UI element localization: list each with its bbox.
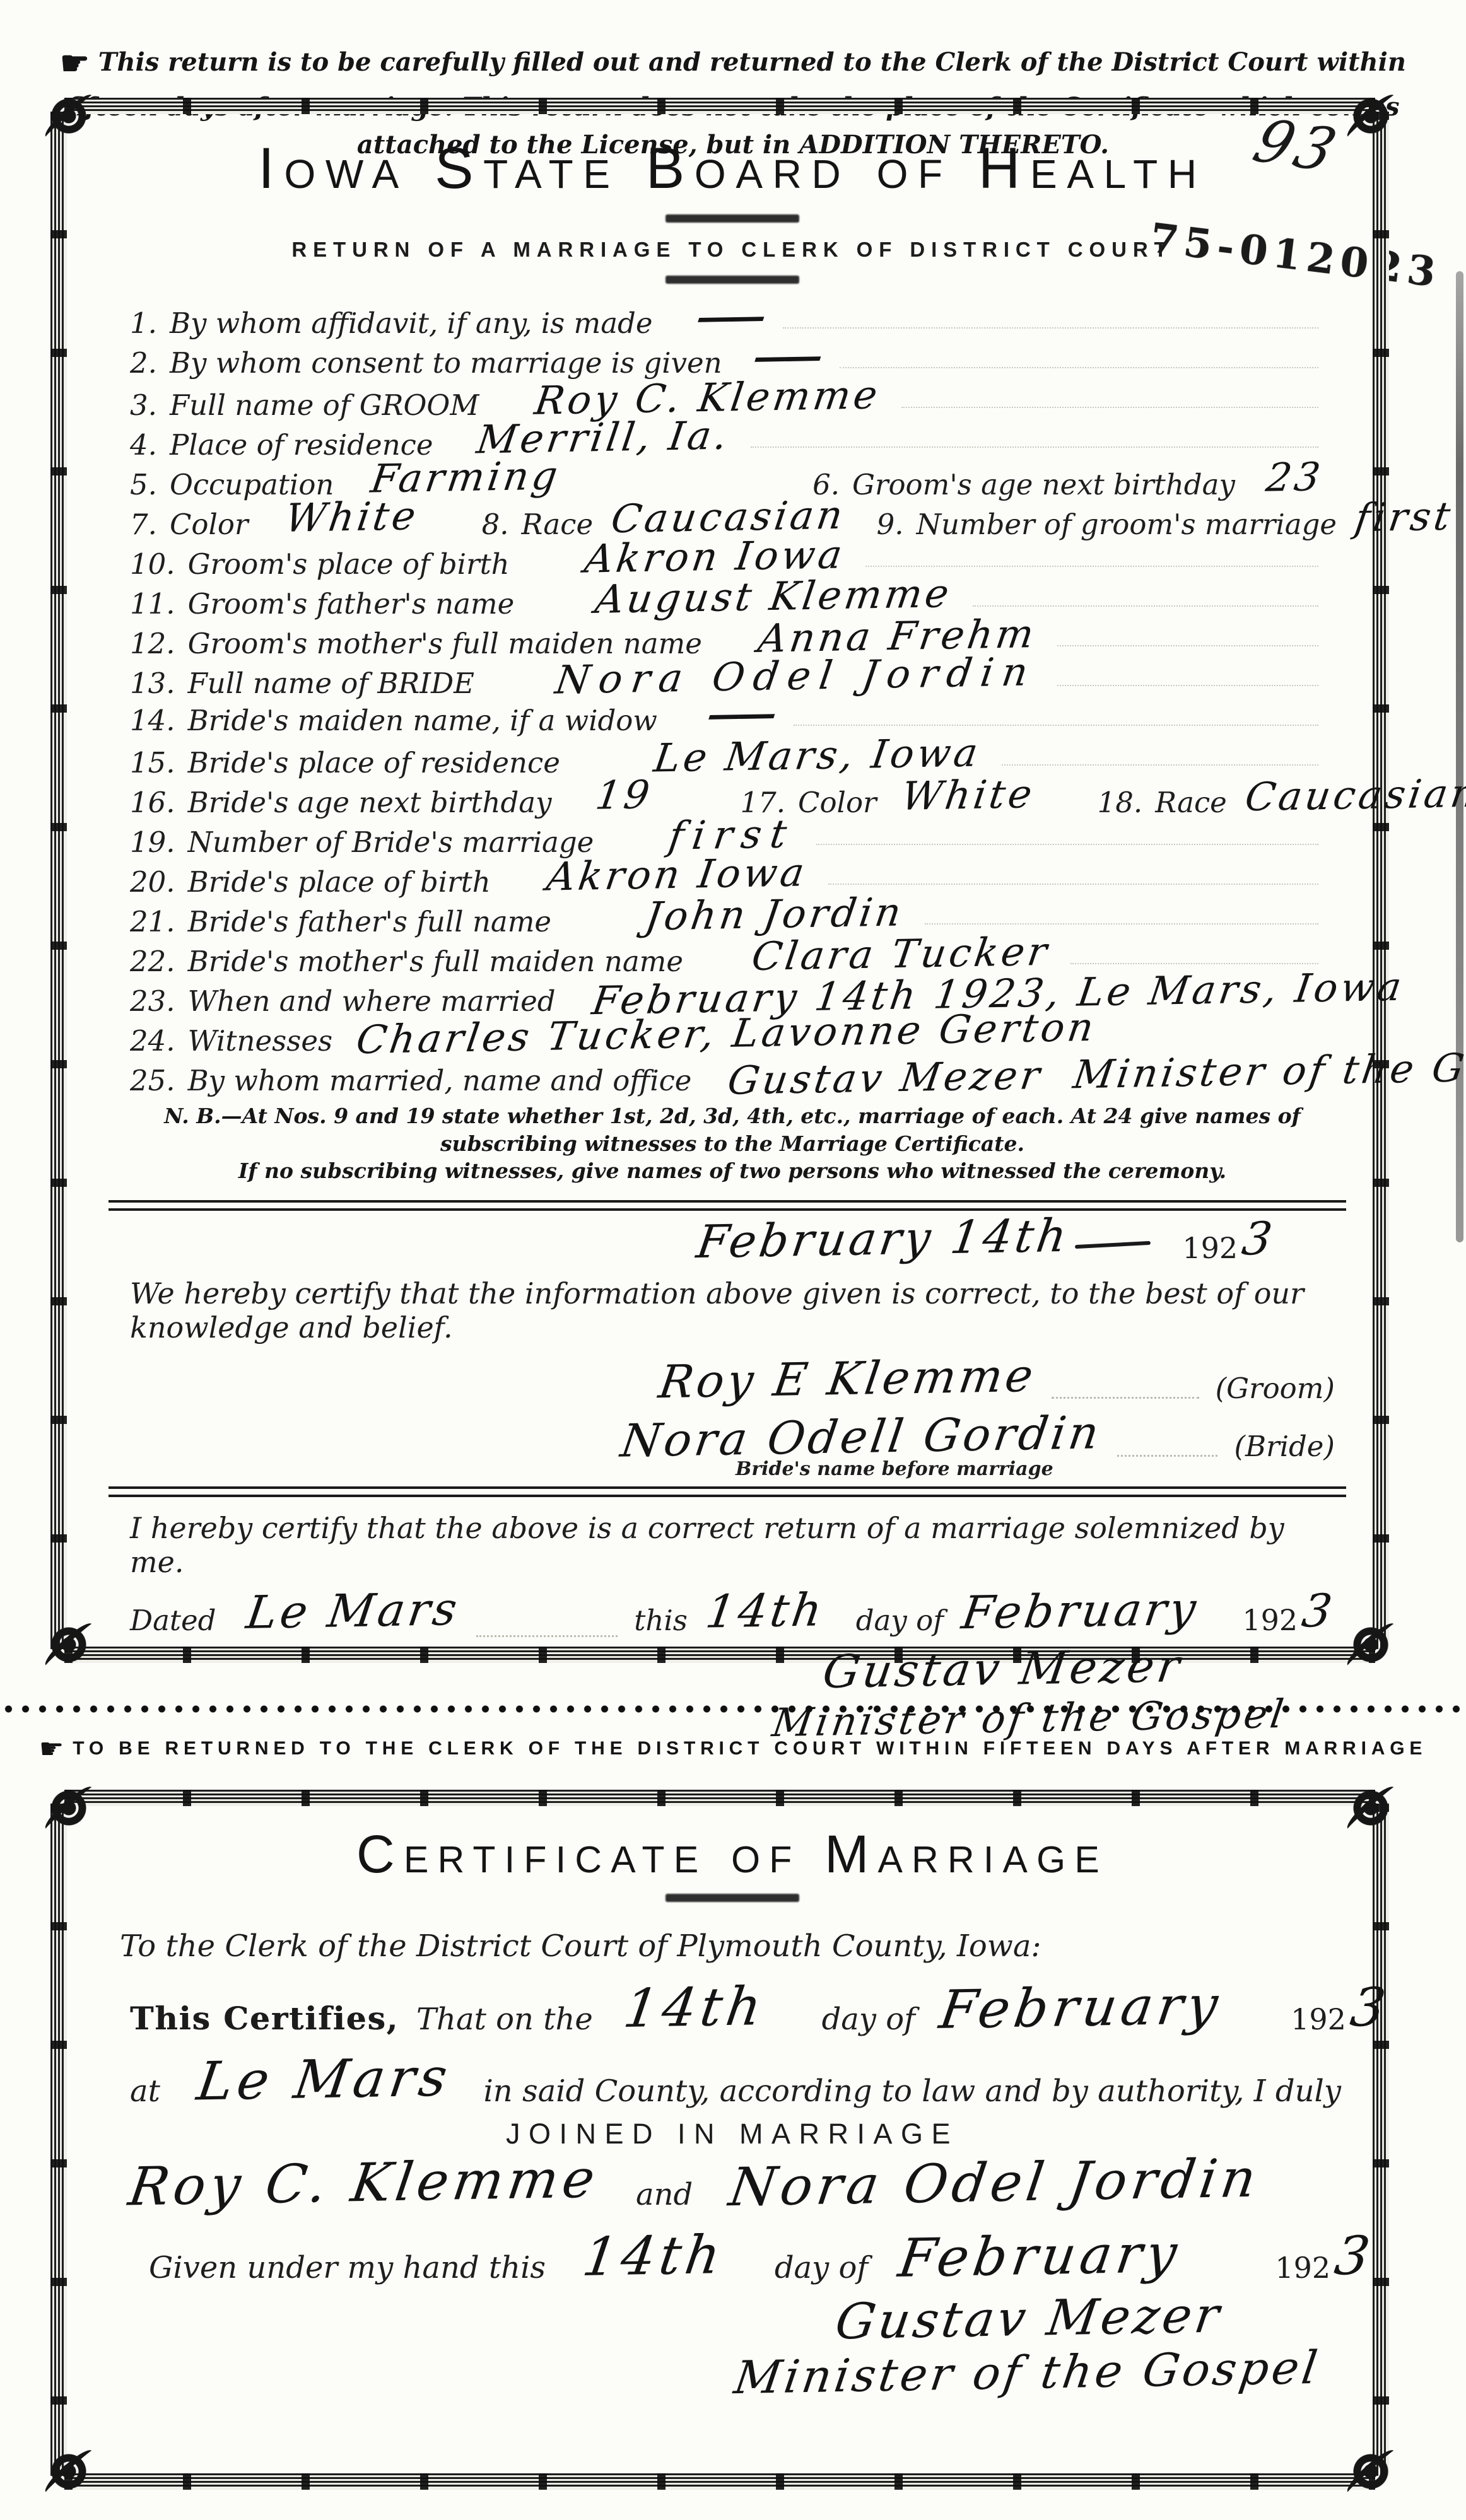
item-number: 7.	[130, 508, 157, 541]
item-number: 14.	[130, 704, 175, 737]
dated-label: Dated	[130, 1604, 216, 1637]
given-day-handwritten: 14th	[579, 2224, 729, 2288]
day-of-label: day of	[822, 2002, 915, 2037]
form-row: 11.Groom's father's nameAugust Klemme	[130, 577, 1335, 617]
year-handwritten: 3	[1299, 1584, 1339, 1637]
given-day-of-label: day of	[775, 2250, 868, 2285]
year-printed: 192	[1275, 2251, 1330, 2285]
year-printed: 192	[1182, 1231, 1238, 1265]
item-value-handwritten: ——	[751, 334, 821, 378]
form-row: 20.Bride's place of birthAkron Iowa	[130, 855, 1335, 895]
item-number: 2.	[130, 346, 157, 380]
item-value-handwritten: 23	[1264, 453, 1326, 501]
and-label: and	[636, 2177, 693, 2212]
signature-rule	[1052, 1397, 1199, 1399]
item-number: 3.	[130, 388, 157, 422]
frame-rail-left	[50, 1804, 67, 2476]
item-number: 15.	[130, 746, 175, 779]
dotted-rule	[794, 725, 1318, 726]
given-month-handwritten: February	[895, 2222, 1185, 2289]
certify-date-line: February 14th1923	[130, 1216, 1335, 1274]
dotted-rule	[840, 367, 1318, 368]
groom-signature-handwritten: Roy E Klemme	[655, 1348, 1040, 1408]
return-subtitle: RETURN OF A MARRIAGE TO CLERK OF DISTRIC…	[130, 238, 1335, 262]
dotted-rule	[783, 327, 1319, 329]
frame-rail-right	[1373, 112, 1389, 1649]
item-value-handwritten: White	[283, 493, 422, 541]
form-row: 23.When and where marriedFebruary 14th 1…	[130, 974, 1335, 1014]
item-number: 23.	[130, 984, 175, 1018]
item-number: 12.	[130, 627, 175, 660]
groom-label: (Groom)	[1216, 1372, 1335, 1405]
manicule-icon: ☛	[39, 1734, 64, 1765]
form-row: 1.By whom affidavit, if any, is made——	[130, 299, 1335, 339]
dotted-rule	[816, 844, 1318, 845]
item-number: 24.	[130, 1024, 175, 1058]
certifies-line: This Certifies,That on the14thday ofFebr…	[130, 1980, 1335, 2046]
perforation-dotted-line	[0, 1705, 1466, 1713]
frame-rail-top	[64, 1790, 1375, 1806]
dotted-rule	[1057, 645, 1318, 646]
form-row: 10.Groom's place of birthAkron Iowa	[130, 537, 1335, 577]
form-row: 4.Place of residenceMerrill, Ia.	[130, 418, 1335, 458]
dotted-rule	[476, 1635, 618, 1637]
dotted-rule	[1070, 963, 1318, 964]
nb-note-line2: If no subscribing witnesses, give names …	[130, 1157, 1335, 1185]
scan-page-edge	[1456, 271, 1463, 1242]
groom-name-handwritten: Roy C. Klemme	[125, 2148, 603, 2218]
item-label: Number of Bride's marriage	[188, 825, 594, 859]
pen-stroke	[1075, 1241, 1151, 1249]
dotted-rule	[865, 566, 1318, 567]
item-number: 13.	[130, 667, 175, 700]
item-label: Race	[522, 508, 594, 541]
return-card-content: Iowa State Board of Health RETURN OF A M…	[67, 114, 1373, 1647]
form-row: 15.Bride's place of residenceLe Mars, Io…	[130, 736, 1335, 776]
inked-rule	[666, 214, 799, 223]
middle-notice-text: TO BE RETURNED TO THE CLERK OF THE DISTR…	[73, 1738, 1427, 1759]
board-title: Iowa State Board of Health	[130, 136, 1335, 202]
bride-name-handwritten: Nora Odel Jordin	[725, 2147, 1264, 2219]
dotted-rule	[925, 923, 1318, 925]
item-number: 20.	[130, 865, 175, 899]
item-label: Color	[798, 786, 877, 819]
month-handwritten: February	[958, 1582, 1202, 1639]
addressee-line: To the Clerk of the District Court of Pl…	[120, 1928, 1335, 1964]
item-number: 11.	[130, 587, 175, 621]
item-value-handwritten: Nora Odel Jordin	[553, 648, 1040, 703]
dotted-rule	[973, 605, 1318, 607]
form-row: 24.WitnessesCharles Tucker, Lavonne Gert…	[130, 1014, 1335, 1054]
form-row: 5.OccupationFarming6.Groom's age next bi…	[130, 458, 1335, 498]
day-handwritten: 14th	[620, 1975, 770, 2039]
item-number: 19.	[130, 825, 175, 859]
certificate-of-marriage-card: Certificate of Marriage To the Clerk of …	[50, 1790, 1389, 2490]
bride-signature-handwritten: Nora Odell Gordin	[618, 1406, 1105, 1467]
dotted-rule	[751, 446, 1318, 448]
item-label: Bride's age next birthday	[188, 786, 552, 819]
item-label: By whom affidavit, if any, is made	[170, 306, 653, 340]
form-row: 25.By whom married, name and officeGusta…	[130, 1054, 1335, 1094]
signature-rule	[1117, 1455, 1217, 1457]
middle-notice: ☛TO BE RETURNED TO THE CLERK OF THE DIST…	[0, 1733, 1466, 1765]
item-number: 18.	[1098, 786, 1143, 819]
item-value-handwritten: ——	[694, 295, 765, 339]
minister-signature-handwritten: Gustav Mezer	[819, 1639, 1186, 1698]
item-number: 5.	[130, 468, 157, 501]
groom-signature-line: Roy E Klemme(Groom)	[130, 1356, 1335, 1410]
return-of-marriage-card: Iowa State Board of Health RETURN OF A M…	[50, 98, 1389, 1663]
frame-rail-bottom	[64, 2473, 1375, 2490]
frame-rail-top	[64, 98, 1375, 114]
this-certifies-label: This Certifies,	[130, 2000, 399, 2037]
certificate-card-content: Certificate of Marriage To the Clerk of …	[67, 1806, 1373, 2473]
this-label: this	[634, 1604, 688, 1637]
place-handwritten: Le Mars	[193, 2046, 455, 2113]
item-label: Witnesses	[188, 1024, 332, 1058]
form-row: 12.Groom's mother's full maiden nameAnna…	[130, 617, 1335, 656]
certify-statement: We hereby certify that the information a…	[130, 1276, 1335, 1345]
frame-rail-right	[1373, 1804, 1389, 2476]
minister-title-handwritten: Minister of the Gospel	[731, 2341, 1323, 2404]
item-label: Bride's maiden name, if a widow	[188, 704, 657, 737]
couple-names-line: Roy C. KlemmeandNora Odel Jordin	[130, 2155, 1335, 2226]
dotted-rule	[901, 407, 1318, 408]
item-label: By whom married, name and office	[188, 1064, 692, 1097]
item-number: 9.	[877, 508, 904, 541]
form-row: 7.ColorWhite8.RaceCaucasian9.Number of g…	[130, 498, 1335, 537]
nb-note-line1: N. B.—At Nos. 9 and 19 state whether 1st…	[130, 1102, 1335, 1157]
given-label: Given under my hand this	[149, 2250, 546, 2285]
item-value-handwritten: Caucasian	[1242, 770, 1466, 820]
given-line: Given under my hand this14thday ofFebrua…	[130, 2229, 1335, 2294]
item-label: Race	[1155, 786, 1227, 819]
form-row: 2.By whom consent to marriage is given——	[130, 339, 1335, 378]
dotted-rule	[1002, 764, 1318, 766]
solemnized-statement: I hereby certify that the above is a cor…	[130, 1511, 1335, 1579]
inked-rule	[666, 1894, 799, 1902]
day-handwritten: 14th	[703, 1583, 828, 1638]
scanned-marriage-return-page: ☛This return is to be carefully filled o…	[0, 0, 1466, 2520]
form-row: 19.Number of Bride's marriagefirst	[130, 815, 1335, 855]
year-printed: 192	[1291, 2002, 1346, 2036]
double-rule	[108, 1486, 1346, 1497]
certificate-title: Certificate of Marriage	[130, 1824, 1335, 1885]
item-value-handwritten: first	[1352, 493, 1457, 541]
double-rule	[108, 1200, 1346, 1211]
dotted-rule	[1057, 685, 1318, 686]
year-handwritten: 3	[1239, 1211, 1279, 1265]
item-label: Bride's place of birth	[188, 865, 491, 899]
item-number: 8.	[482, 508, 509, 541]
item-label: Full name of GROOM	[170, 388, 479, 422]
day-of-label: day of	[856, 1604, 944, 1637]
item-value-handwritten: ——	[705, 692, 775, 736]
county-text: in said County, according to law and by …	[483, 2074, 1341, 2109]
frame-rail-left	[50, 112, 67, 1649]
item-label: When and where married	[188, 984, 556, 1018]
item-value-handwritten: 19	[592, 771, 655, 819]
item-value-handwritten: White	[898, 771, 1038, 819]
that-on-label: That on the	[416, 2002, 593, 2037]
item-label: Bride's place of residence	[188, 746, 560, 779]
certify-date-handwritten: February 14th	[693, 1209, 1073, 1268]
item-number: 1.	[130, 306, 157, 340]
item-number: 4.	[130, 428, 157, 462]
at-label: at	[130, 2074, 160, 2109]
month-handwritten: February	[935, 1974, 1226, 2041]
form-row: 13.Full name of BRIDENora Odel Jordin	[130, 656, 1335, 696]
item-label: Bride's father's full name	[188, 905, 551, 938]
item-label: Bride's mother's full maiden name	[188, 945, 683, 978]
nb-note: N. B.—At Nos. 9 and 19 state whether 1st…	[130, 1102, 1335, 1185]
form-row: 16.Bride's age next birthday1917.ColorWh…	[130, 776, 1335, 815]
minister-title-line: Minister of the Gospel	[130, 2350, 1335, 2403]
dotted-rule	[828, 884, 1318, 885]
item-label: Color	[170, 508, 249, 541]
year-handwritten: 3	[1331, 2224, 1378, 2287]
joined-in-marriage-label: JOINED IN MARRIAGE	[130, 2118, 1335, 2150]
item-label: Groom's father's name	[188, 587, 515, 621]
item-label: By whom consent to marriage is given	[170, 346, 722, 380]
form-row: 14.Bride's maiden name, if a widow——	[130, 696, 1335, 736]
item-number: 16.	[130, 786, 175, 819]
item-label: Groom's place of birth	[188, 547, 510, 581]
item-number: 10.	[130, 547, 175, 581]
inked-rule	[666, 276, 799, 284]
minister-signature-handwritten: Gustav Mezer	[832, 2287, 1226, 2351]
bride-label: (Bride)	[1234, 1430, 1335, 1463]
item-number: 22.	[130, 945, 175, 978]
item-number: 21.	[130, 905, 175, 938]
form-row: 21.Bride's father's full nameJohn Jordin	[130, 895, 1335, 935]
manicule-icon: ☛	[60, 44, 90, 83]
item-label: Full name of BRIDE	[188, 667, 474, 700]
item-label: Number of groom's marriage	[917, 508, 1337, 541]
year-printed: 192	[1242, 1603, 1298, 1637]
form-rows: 1.By whom affidavit, if any, is made—— 2…	[130, 299, 1335, 1094]
dated-place-handwritten: Le Mars	[243, 1582, 464, 1639]
item-label: Groom's age next birthday	[852, 468, 1235, 501]
item-number: 25.	[130, 1064, 175, 1097]
place-line: atLe Marsin said County, according to la…	[130, 2052, 1335, 2108]
